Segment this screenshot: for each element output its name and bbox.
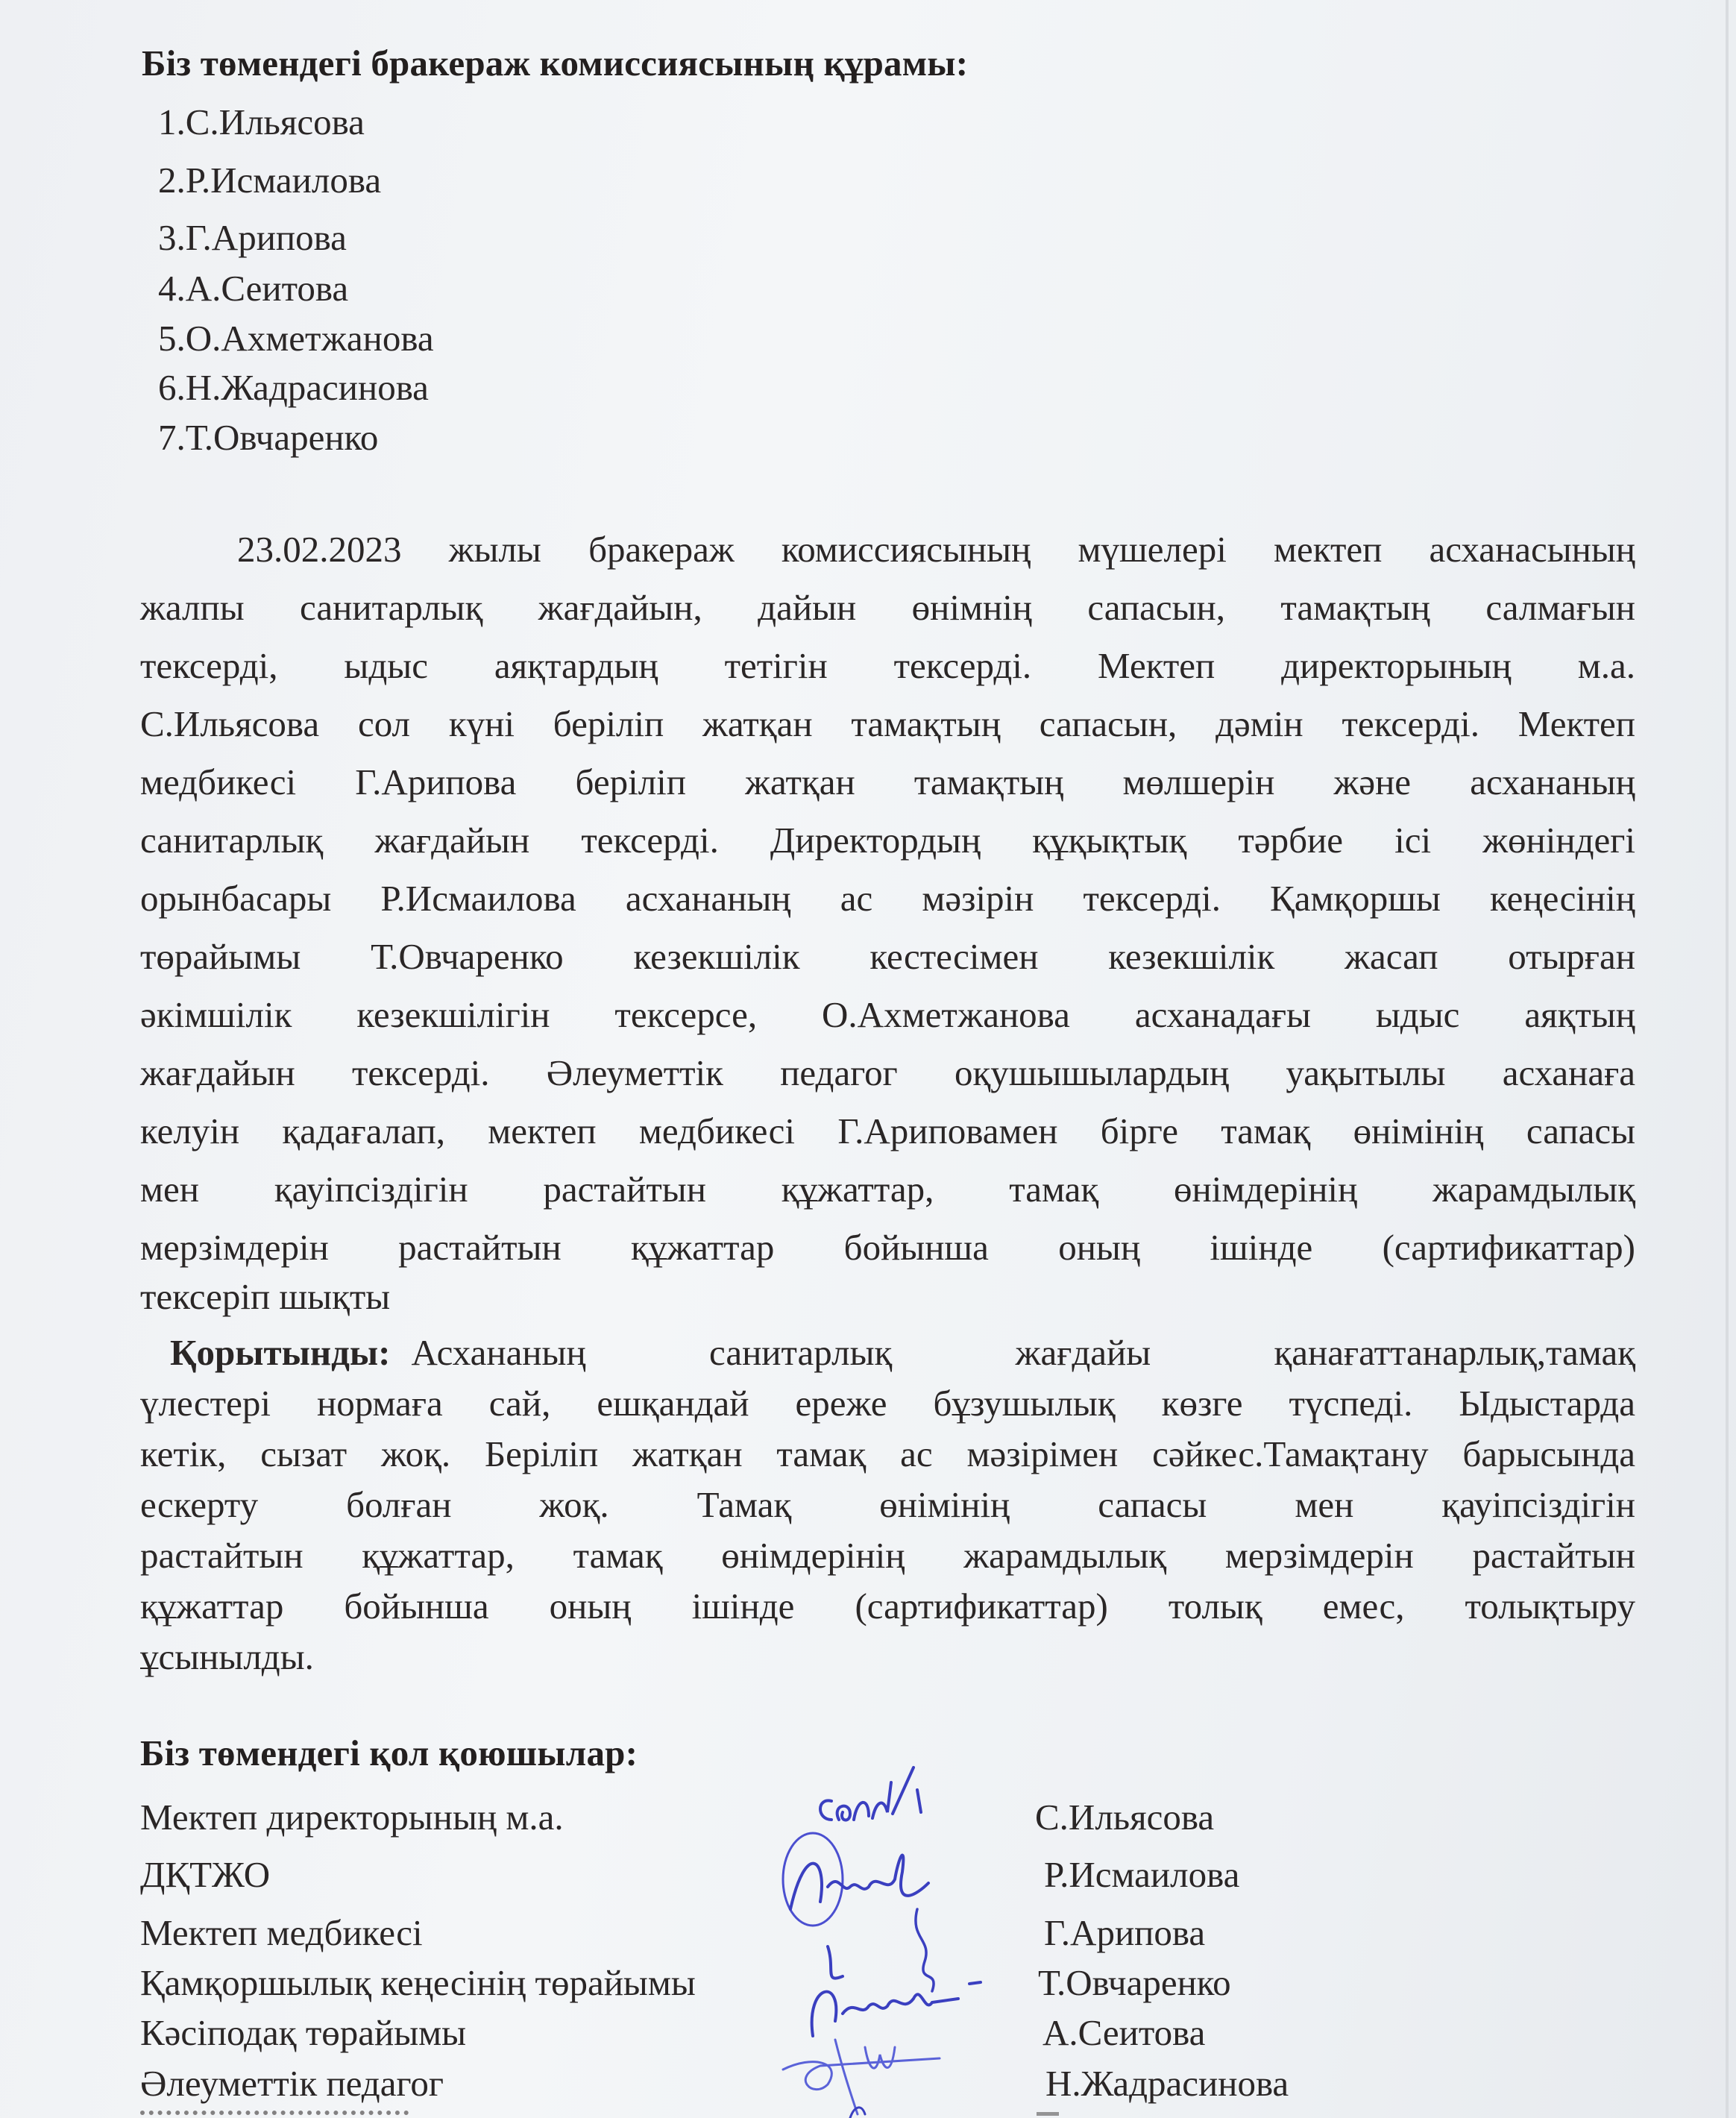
paragraph-line: ескерту болған жоқ. Тамақ өнімінің сапас…	[140, 1483, 1635, 1526]
member-item: 2.Р.Исмаилова	[158, 159, 381, 201]
paragraph-line: кетік, сызат жоқ. Беріліп жатқан тамақ а…	[140, 1433, 1635, 1475]
paragraph-line: тексеріп шықты	[140, 1275, 1635, 1318]
paragraph-line: медбикесі Г.Арипова беріліп жатқан тамақ…	[140, 761, 1635, 803]
member-item: 6.Н.Жадрасинова	[158, 366, 429, 409]
signature-scribble-cutoff	[843, 2099, 872, 2118]
cutoff-name-fragment	[1037, 2112, 1059, 2118]
signatory-role: Қамқоршылық кеңесінің төрайымы	[140, 1961, 696, 2004]
paragraph-line: растайтын құжаттар, тамақ өнімдерінің жа…	[140, 1534, 1635, 1577]
conclusion-text: Асхананың санитарлық жағдайы қанағаттана…	[411, 1331, 1635, 1374]
cutoff-row-fragment	[140, 2111, 409, 2118]
paragraph-line: орынбасары Р.Исмаилова асхананың ас мәзі…	[140, 877, 1635, 920]
member-item: 7.Т.Овчаренко	[158, 416, 378, 459]
signatory-name: А.Сеитова	[1042, 2011, 1205, 2054]
paragraph-line: жалпы санитарлық жағдайын, дайын өнімнің…	[140, 586, 1635, 629]
signatory-name: Г.Арипова	[1044, 1911, 1205, 1954]
signatory-name: Н.Жадрасинова	[1045, 2062, 1289, 2105]
conclusion-first-line: Қорытынды: Асхананың санитарлық жағдайы …	[170, 1331, 1635, 1374]
paragraph-line: мен қауіпсіздігін растайтын құжаттар, та…	[140, 1168, 1635, 1210]
signatory-role: Мектеп директорының м.а.	[140, 1796, 564, 1838]
member-item: 5.О.Ахметжанова	[158, 317, 434, 359]
signatory-name: Р.Исмаилова	[1044, 1853, 1239, 1896]
commission-heading: Біз төмендегі бракераж комиссиясының құр…	[142, 42, 968, 84]
signatory-name: Т.Овчаренко	[1038, 1961, 1231, 2004]
paragraph-line: құжаттар бойынша оның ішінде (сартификат…	[140, 1585, 1635, 1627]
paragraph-line: жағдайын тексерді. Әлеуметтік педагог оқ…	[140, 1052, 1635, 1094]
paragraph-line: үлестері нормаға сай, ешқандай ереже бұз…	[140, 1382, 1635, 1424]
paragraph-line: әкімшілік кезекшілігін тексерсе, О.Ахмет…	[140, 993, 1635, 1036]
paragraph-line: төрайымы Т.Овчаренко кезекшілік кестесім…	[140, 935, 1635, 978]
signatory-role: Мектеп медбикесі	[140, 1911, 423, 1954]
signatories-heading: Біз төмендегі қол қоюшылар:	[140, 1732, 638, 1774]
member-item: 3.Г.Арипова	[158, 216, 347, 259]
paper-edge	[1726, 0, 1729, 2118]
paragraph-line: мерзімдерін растайтын құжаттар бойынша о…	[140, 1226, 1635, 1269]
signatory-role: Әлеуметтік педагог	[140, 2062, 444, 2105]
paragraph-line: келуін қадағалап, мектеп медбикесі Г.Ари…	[140, 1110, 1635, 1152]
paragraph-line: тексерді, ыдыс аяқтардың тетігін тексерд…	[140, 644, 1635, 687]
paragraph-line: ұсынылды.	[140, 1635, 1635, 1678]
member-item: 4.А.Сеитова	[158, 267, 348, 309]
paragraph-line: 23.02.2023 жылы бракераж комиссиясының м…	[237, 528, 1635, 571]
paragraph-line: санитарлық жағдайын тексерді. Директорды…	[140, 819, 1635, 861]
signatory-role: ДҚТЖО	[140, 1853, 270, 1896]
paragraph-line: С.Ильясова сол күні беріліп жатқан тамақ…	[140, 703, 1635, 745]
member-item: 1.С.Ильясова	[158, 101, 365, 143]
signatory-role: Кәсіподақ төрайымы	[140, 2011, 466, 2054]
conclusion-label: Қорытынды:	[170, 1331, 390, 1374]
signatory-name: С.Ильясова	[1035, 1796, 1214, 1838]
